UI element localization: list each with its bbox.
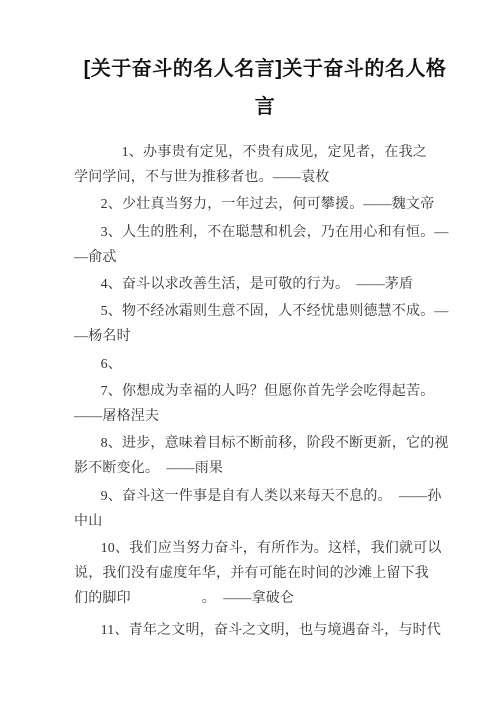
quote-paragraph: 3、人生的胜利，不在聪慧和机会，乃在用心和有恒。— —俞忒 <box>74 220 456 270</box>
quote-paragraph: 1、办事贵有定见，不贵有成见，定见者，在我之 学问学问，不与世为推移者也。——袁… <box>74 140 456 190</box>
quote-list: 1、办事贵有定见，不贵有成见，定见者，在我之 学问学问，不与世为推移者也。——袁… <box>74 140 456 643</box>
page-title: [关于奋斗的名人名言]关于奋斗的名人格 言 <box>64 50 466 126</box>
quote-paragraph: 6、 <box>74 352 456 377</box>
quote-paragraph: 8、进步，意味着目标不断前移，阶段不断更新，它的视 影不断变化。 ——雨果 <box>74 431 456 481</box>
quote-paragraph: 10、我们应当努力奋斗，有所作为。这样，我们就可以 说，我们没有虚度年华，并有可… <box>74 536 456 612</box>
document-page: [关于奋斗的名人名言]关于奋斗的名人格 言 1、办事贵有定见，不贵有成见，定见者… <box>0 0 500 707</box>
quote-paragraph: 9、奋斗这一件事是自有人类以来每天不息的。 ——孙 中山 <box>74 484 456 534</box>
quote-paragraph: 11、青年之文明，奋斗之文明，也与境遇奋斗，与时代 <box>74 618 456 643</box>
quote-paragraph: 7、你想成为幸福的人吗？但愿你首先学会吃得起苦。 ——屠格涅夫 <box>74 379 456 429</box>
quote-paragraph: 4、奋斗以求改善生活，是可敬的行为。 ——茅盾 <box>74 272 456 297</box>
quote-paragraph: 2、少壮真当努力，一年过去，何可攀援。——魏文帝 <box>74 192 456 217</box>
quote-paragraph: 5、物不经冰霜则生意不固，人不经忧患则德慧不成。— —杨名时 <box>74 299 456 349</box>
